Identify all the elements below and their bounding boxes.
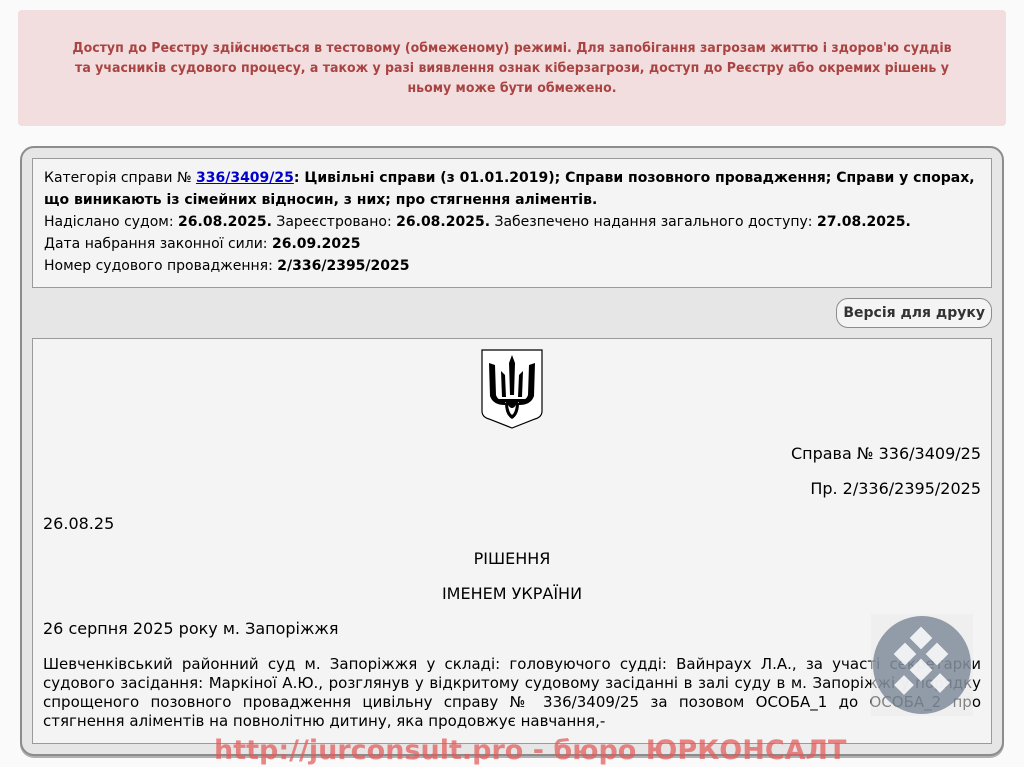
proceeding-line: Номер судового провадження: 2/336/2395/2… [44, 255, 980, 277]
access-value: 27.08.2025. [817, 214, 911, 230]
decision-card: Категорія справи № 336/3409/25: Цивільні… [20, 146, 1004, 756]
short-date: 26.08.25 [43, 514, 114, 533]
registered-value: 26.08.2025. [396, 214, 490, 230]
effective-date-line: Дата набрання законної сили: 26.09.2025 [44, 233, 980, 255]
access-label: Забезпечено надання загального доступу: [490, 214, 817, 230]
decision-intro-paragraph: Шевченківський районний суд м. Запоріжжя… [43, 655, 981, 731]
effective-value: 26.09.2025 [272, 236, 361, 252]
coat-of-arms-icon [481, 349, 543, 429]
case-info-box: Категорія справи № 336/3409/25: Цивільні… [32, 158, 992, 288]
access-alert: Доступ до Реєстру здійснюється в тестово… [18, 10, 1006, 126]
case-number-link[interactable]: 336/3409/25 [196, 170, 294, 186]
registered-label: Зареєстровано: [272, 214, 396, 230]
category-label: Категорія справи № [44, 170, 196, 186]
print-version-button[interactable]: Версія для друку [836, 298, 992, 328]
decision-title: РІШЕННЯ [33, 549, 991, 568]
case-number-header: Справа № 336/3409/25 [791, 444, 981, 463]
watermark-link: http://jurconsult.pro - бюро ЮРКОНСАЛТ [214, 735, 846, 767]
proceeding-label: Номер судового провадження: [44, 258, 277, 274]
place-and-date: 26 серпня 2025 року м. Запоріжжя [43, 619, 338, 638]
proceeding-number-header: Пр. 2/336/2395/2025 [810, 479, 981, 498]
decision-subtitle: ІМЕНЕМ УКРАЇНИ [33, 584, 991, 603]
sent-value: 26.08.2025. [178, 214, 272, 230]
proceeding-value: 2/336/2395/2025 [277, 258, 409, 274]
alert-text: Доступ до Реєстру здійснюється в тестово… [67, 38, 956, 98]
effective-label: Дата набрання законної сили: [44, 236, 272, 252]
sent-label: Надіслано судом: [44, 214, 178, 230]
dates-line: Надіслано судом: 26.08.2025. Зареєстрова… [44, 211, 980, 233]
puzzle-badge-icon [873, 616, 971, 714]
category-line: Категорія справи № 336/3409/25: Цивільні… [44, 167, 980, 211]
decision-document: Справа № 336/3409/25 Пр. 2/336/2395/2025… [32, 338, 992, 744]
